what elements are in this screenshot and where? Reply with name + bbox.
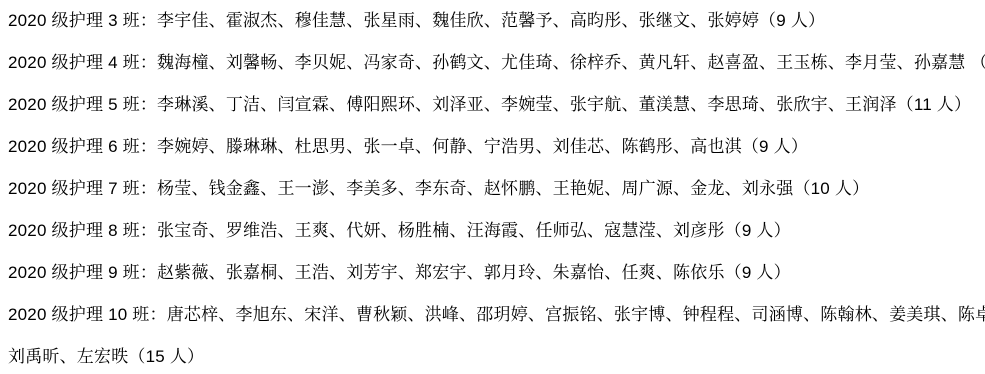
roster-line: 刘禹昕、左宏昳（15 人）	[8, 336, 985, 374]
roster-document: 2020 级护理 3 班：李宇佳、霍淑杰、穆佳慧、张星雨、魏佳欣、范馨予、高昀彤…	[0, 0, 985, 374]
roster-line: 2020 级护理 6 班：李婉婷、滕琳琳、杜思男、张一卓、何静、宁浩男、刘佳芯、…	[8, 126, 985, 168]
roster-line: 2020 级护理 9 班：赵紫薇、张嘉桐、王浩、刘芳宇、郑宏宇、郭月玲、朱嘉怡、…	[8, 252, 985, 294]
roster-line: 2020 级护理 8 班：张宝奇、罗维浩、王爽、代妍、杨胜楠、汪海霞、任师弘、寇…	[8, 210, 985, 252]
document-page: 2020 级护理 3 班：李宇佳、霍淑杰、穆佳慧、张星雨、魏佳欣、范馨予、高昀彤…	[0, 0, 985, 374]
roster-line: 2020 级护理 4 班：魏海橦、刘馨畅、李贝妮、冯家奇、孙鹤文、尤佳琦、徐梓乔…	[8, 42, 985, 84]
roster-line: 2020 级护理 10 班：唐芯梓、李旭东、宋洋、曹秋颖、洪峰、邵玥婷、宫振铭、…	[8, 294, 985, 336]
roster-line: 2020 级护理 7 班：杨莹、钱金鑫、王一澎、李美多、李东奇、赵怀鹏、王艳妮、…	[8, 168, 985, 210]
roster-line: 2020 级护理 3 班：李宇佳、霍淑杰、穆佳慧、张星雨、魏佳欣、范馨予、高昀彤…	[8, 0, 985, 42]
roster-line: 2020 级护理 5 班：李琳溪、丁洁、闫宣霖、傅阳熙环、刘泽亚、李婉莹、张宇航…	[8, 84, 985, 126]
